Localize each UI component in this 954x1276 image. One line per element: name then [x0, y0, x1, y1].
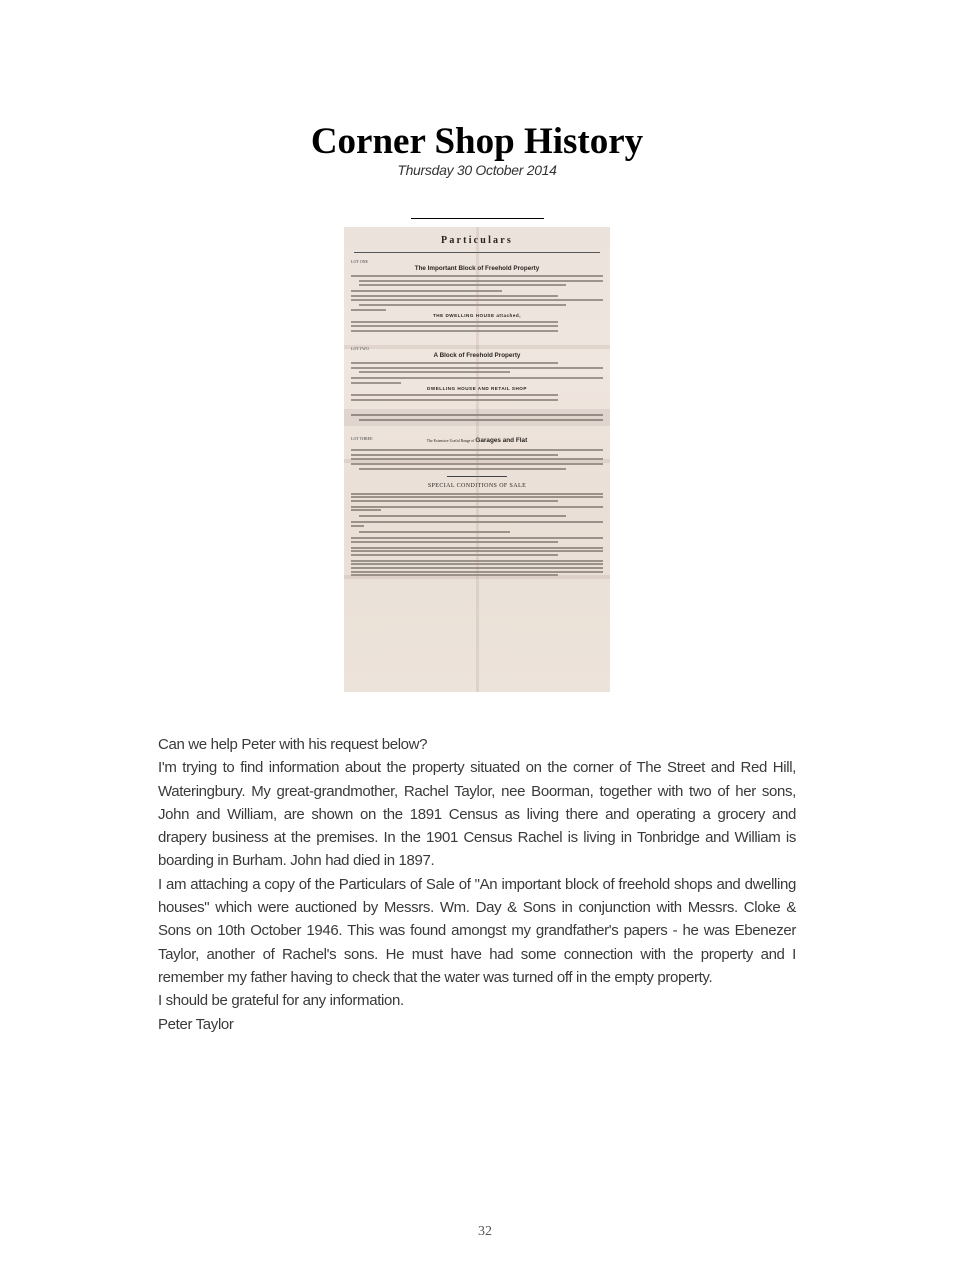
scan-text-line	[351, 399, 558, 401]
scan-lot-three-prefix: The Extensive Useful Range of	[427, 439, 475, 443]
scan-text-line	[351, 454, 558, 456]
page-number: 32	[0, 1224, 954, 1240]
request-paragraph-1: I'm trying to find information about the…	[158, 756, 796, 872]
particulars-of-sale-image: Particulars LOT ONE The Important Block …	[344, 227, 610, 692]
scan-text-line	[351, 330, 558, 332]
scan-lot-three-name: Garages and Flat	[475, 437, 527, 444]
scan-text-line	[351, 394, 558, 396]
scan-text-line	[351, 525, 364, 527]
scan-text-line	[351, 541, 558, 543]
scan-text-line	[359, 468, 566, 470]
scan-text-line	[351, 500, 558, 502]
scan-text-line	[351, 309, 386, 311]
scan-text-line	[351, 362, 558, 364]
scan-text-line	[351, 295, 558, 297]
page-date: Thursday 30 October 2014	[0, 162, 954, 178]
closing-line: I should be grateful for any information…	[158, 989, 796, 1012]
scan-text-line	[359, 280, 603, 282]
scan-text-line	[351, 554, 558, 556]
scan-text-line	[351, 382, 401, 384]
page-title: Corner Shop History	[0, 120, 954, 164]
scan-text-line	[359, 371, 510, 373]
request-paragraph-2: I am attaching a copy of the Particulars…	[158, 873, 796, 989]
signature: Peter Taylor	[158, 1013, 796, 1036]
scan-text-line	[359, 304, 566, 306]
scan-text-line	[351, 321, 558, 323]
scan-text-line	[359, 419, 603, 421]
article-body: Can we help Peter with his request below…	[158, 733, 796, 1036]
scan-text-line	[359, 515, 566, 517]
scan-text-line	[359, 284, 566, 286]
scan-text-line	[351, 509, 381, 511]
title-divider	[411, 218, 544, 219]
paper-fold	[476, 227, 479, 692]
scan-text-line	[351, 325, 558, 327]
intro-paragraph: Can we help Peter with his request below…	[158, 733, 796, 756]
scan-text-line	[351, 290, 502, 292]
scan-text-line	[359, 531, 510, 533]
